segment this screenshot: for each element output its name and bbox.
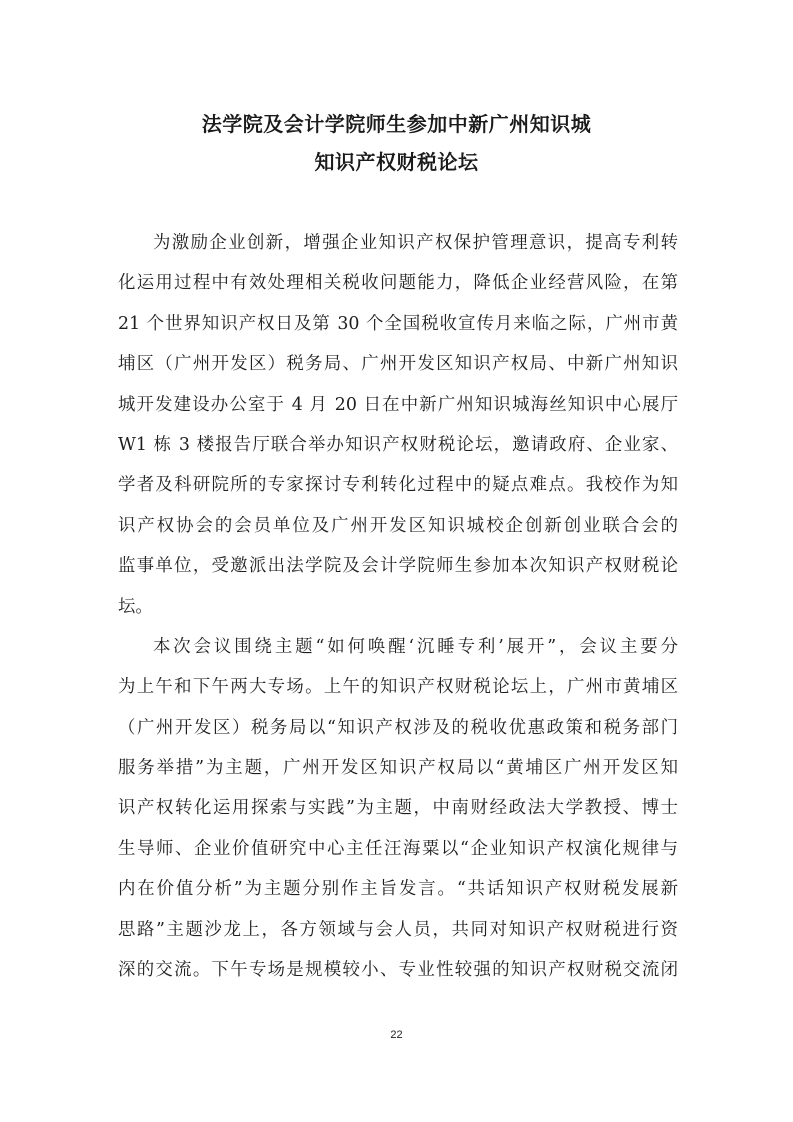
text-line: 城开发建设办公室于 4 月 20 日在中新广州知识城海丝知识中心展厅: [118, 391, 678, 431]
paragraph-1: 为激励企业创新，增强企业知识产权保护管理意识，提高专利转 化运用过程中有效处理相…: [118, 229, 678, 633]
text-line: 为上午和下午两大专场。上午的知识产权财税论坛上，广州市黄埔区: [118, 673, 678, 713]
text-line: 监事单位，受邀派出法学院及会计学院师生参加本次知识产权财税论: [118, 552, 678, 592]
paragraph-2: 本次会议围绕主题“如何唤醒‘沉睡专利’展开”，会议主要分 为上午和下午两大专场。…: [118, 633, 678, 997]
text-line: 深的交流。下午专场是规模较小、专业性较强的知识产权财税交流闭: [118, 956, 678, 996]
page-number: 22: [0, 1029, 793, 1041]
text-line: 生导师、企业价值研究中心主任汪海粟以“企业知识产权演化规律与: [118, 835, 678, 875]
text-line: 学者及科研院所的专家探讨专利转化过程中的疑点难点。我校作为知: [118, 471, 678, 511]
document-page: 法学院及会计学院师生参加中新广州知识城 知识产权财税论坛 为激励企业创新，增强企…: [0, 0, 793, 1122]
text-line: 坛。: [118, 593, 678, 633]
document-title-line-1: 法学院及会计学院师生参加中新广州知识城: [0, 108, 793, 137]
text-line: 埔区（广州开发区）税务局、广州开发区知识产权局、中新广州知识: [118, 350, 678, 390]
document-body: 为激励企业创新，增强企业知识产权保护管理意识，提高专利转 化运用过程中有效处理相…: [118, 229, 678, 996]
document-title-line-2: 知识产权财税论坛: [0, 146, 793, 175]
text-line: 本次会议围绕主题“如何唤醒‘沉睡专利’展开”，会议主要分: [118, 633, 678, 673]
text-line: 内在价值分析”为主题分别作主旨发言。“共话知识产权财税发展新: [118, 875, 678, 915]
text-line: （广州开发区）税务局以“知识产权涉及的税收优惠政策和税务部门: [118, 714, 678, 754]
text-line: 识产权协会的会员单位及广州开发区知识城校企创新创业联合会的: [118, 512, 678, 552]
text-line: 识产权转化运用探索与实践”为主题，中南财经政法大学教授、博士: [118, 794, 678, 834]
text-line: 化运用过程中有效处理相关税收问题能力，降低企业经营风险，在第: [118, 269, 678, 309]
text-line: 为激励企业创新，增强企业知识产权保护管理意识，提高专利转: [118, 229, 678, 269]
text-line: W1 栋 3 楼报告厅联合举办知识产权财税论坛，邀请政府、企业家、: [118, 431, 678, 471]
text-line: 服务举措”为主题，广州开发区知识产权局以“黄埔区广州开发区知: [118, 754, 678, 794]
text-line: 21 个世界知识产权日及第 30 个全国税收宣传月来临之际，广州市黄: [118, 310, 678, 350]
text-line: 思路”主题沙龙上，各方领域与会人员，共同对知识产权财税进行资: [118, 916, 678, 956]
